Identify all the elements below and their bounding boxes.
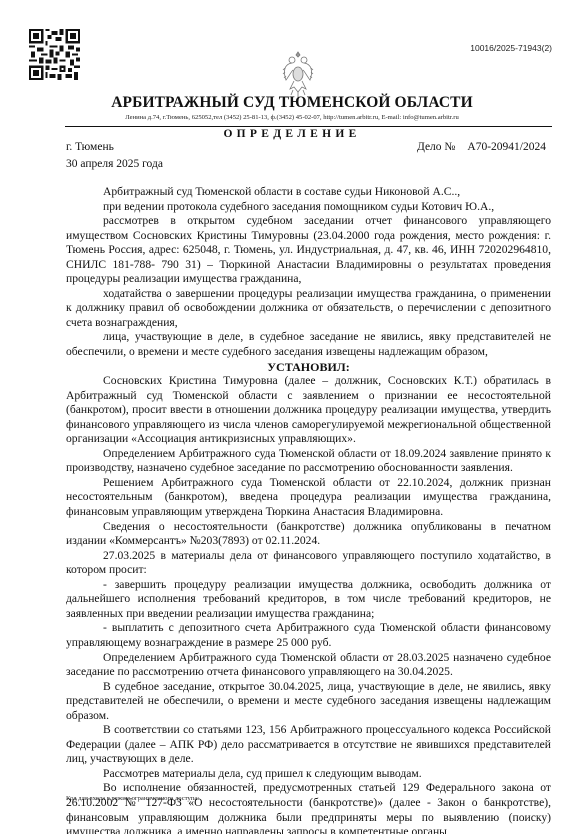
body-paragraph: В судебное заседание, открытое 30.04.202…	[66, 680, 551, 724]
body-paragraph: Сосновских Кристина Тимуровна (далее – д…	[66, 374, 551, 447]
body-paragraph: Во исполнение обязанностей, предусмотрен…	[66, 781, 551, 834]
header-divider	[65, 126, 552, 127]
body-paragraph: Рассмотрев материалы дела, суд пришел к …	[66, 767, 551, 782]
body-paragraph: - завершить процедуру реализации имущест…	[66, 578, 551, 622]
body-paragraph: - выплатить с депозитного счета Арбитраж…	[66, 621, 551, 650]
access-code-label: Код для входа в режим ограниченного дост…	[66, 795, 199, 802]
intro-paragraph: при ведении протокола судебного заседани…	[66, 200, 551, 215]
intro-paragraph: лица, участвующие в деле, в судебное зас…	[66, 330, 551, 359]
body-paragraph: Определением Арбитражного суда Тюменской…	[66, 447, 551, 476]
body-paragraph: Определением Арбитражного суда Тюменской…	[66, 651, 551, 680]
body-paragraph: Сведения о несостоятельности (банкротств…	[66, 520, 551, 549]
document-number: 10016/2025-71943(2)	[470, 43, 552, 53]
court-title: АРБИТРАЖНЫЙ СУД ТЮМЕНСКОЙ ОБЛАСТИ	[0, 94, 584, 112]
case-number-block: Дело №А70-20941/2024	[417, 141, 546, 153]
court-address: Ленина д.74, г.Тюмень, 625052,тел (3452)…	[0, 114, 584, 121]
intro-paragraph: ходатайства о завершении процедуры реали…	[66, 287, 551, 331]
document-type: ОПРЕДЕЛЕНИЕ	[0, 128, 584, 140]
coat-of-arms-icon	[281, 50, 315, 98]
body-paragraph: Решением Арбитражного суда Тюменской обл…	[66, 476, 551, 520]
document-body: Арбитражный суд Тюменской области в сост…	[66, 185, 551, 834]
decision-date: 30 апреля 2025 года	[66, 158, 163, 170]
qr-code-icon	[29, 29, 80, 80]
body-paragraph: 27.03.2025 в материалы дела от финансово…	[66, 549, 551, 578]
case-label: Дело №	[417, 141, 455, 153]
case-number: А70-20941/2024	[467, 141, 546, 153]
city: г. Тюмень	[66, 141, 114, 153]
section-heading: УСТАНОВИЛ:	[66, 360, 551, 375]
body-paragraph: В соответствии со статьями 123, 156 Арби…	[66, 723, 551, 767]
intro-paragraph: рассмотрев в открытом судебном заседании…	[66, 214, 551, 287]
intro-paragraph: Арбитражный суд Тюменской области в сост…	[66, 185, 551, 200]
